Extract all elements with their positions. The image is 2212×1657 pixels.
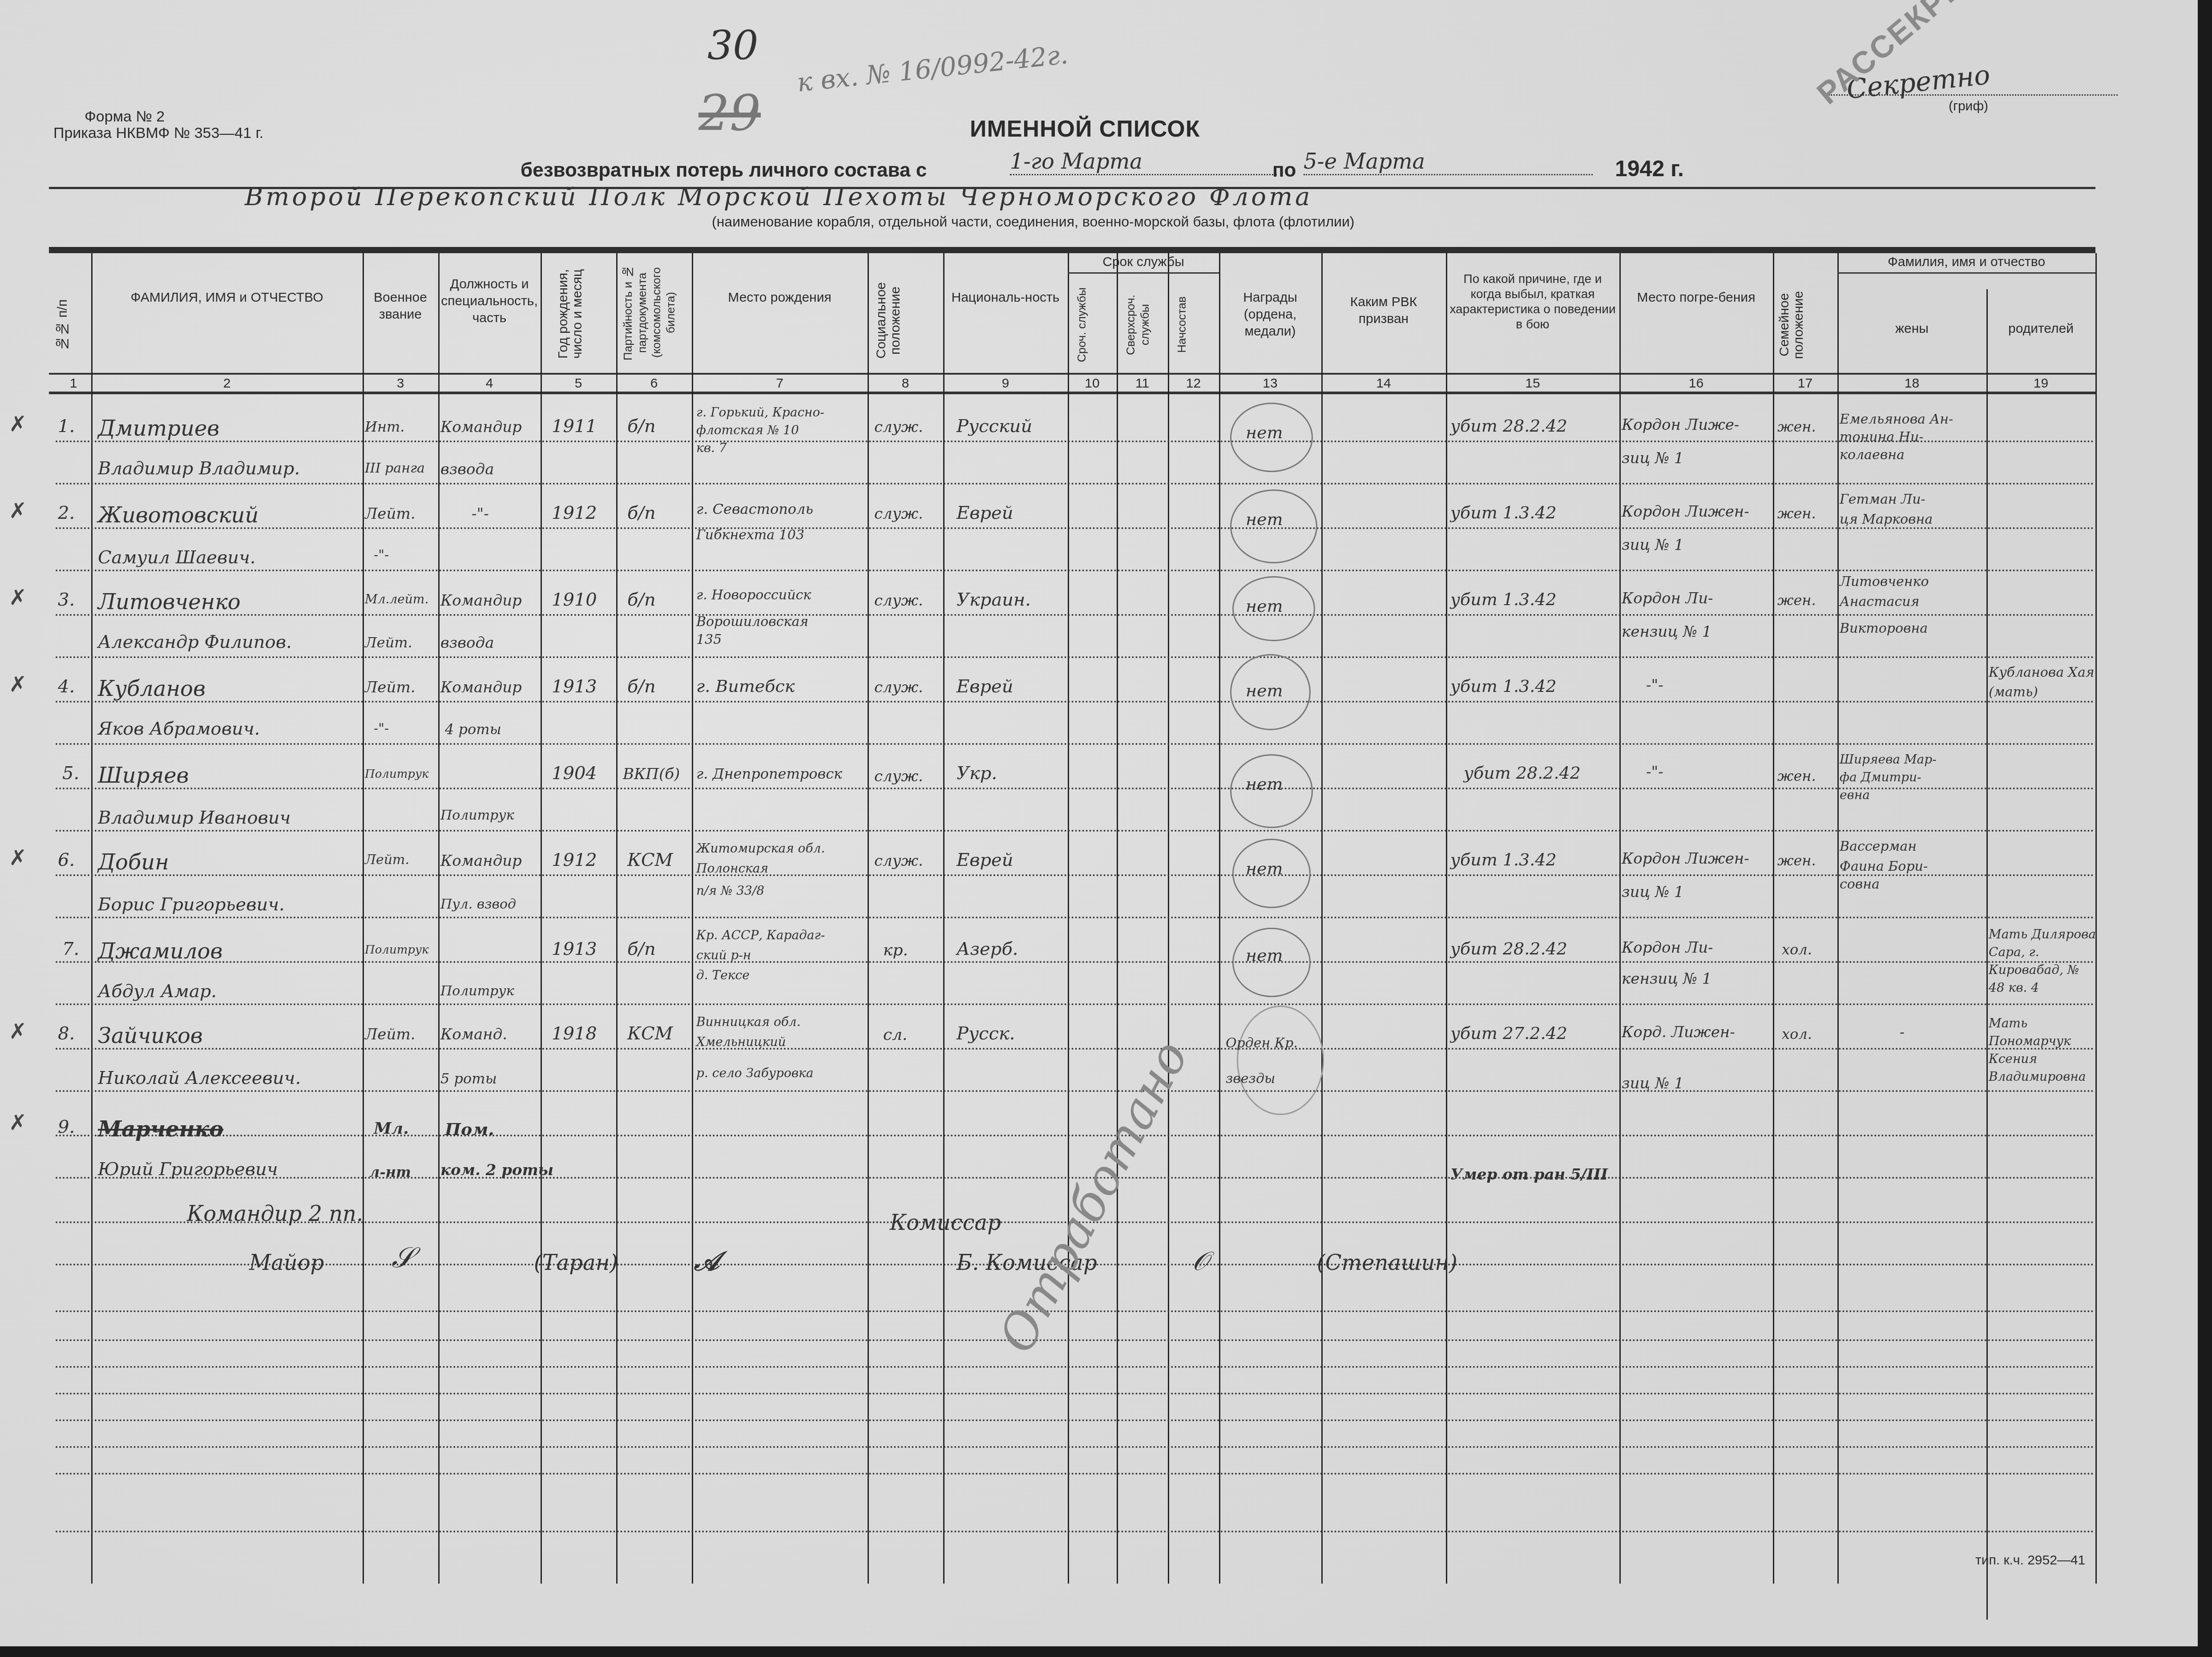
birthplace: Хмельницкий <box>696 1035 786 1049</box>
table-top-rule <box>49 247 2095 253</box>
row-number: 7. <box>62 939 79 959</box>
col-number: 14 <box>1321 376 1446 391</box>
column-divider <box>1773 253 1774 1584</box>
form-number: Форма № 2 <box>85 107 165 126</box>
reason: убит 1.3.42 <box>1450 590 1557 609</box>
col-13-header: Награды (ордена, медали) <box>1221 289 1319 340</box>
birthplace: п/я № 33/8 <box>696 883 764 898</box>
birthplace: д. Тексе <box>696 968 750 982</box>
archive-reference: к вх. № 16/0992-42г. <box>795 39 1070 98</box>
commissar-signature: 𝒪 <box>1192 1246 1209 1277</box>
col-7-header: Место рождения <box>694 289 865 306</box>
family-status: хол. <box>1782 1026 1812 1043</box>
document-title: ИМЕННОЙ СПИСОК <box>970 116 1200 142</box>
col-number: 16 <box>1619 376 1773 391</box>
wife-name: Вассерман <box>1840 839 1917 854</box>
birthplace: г. Днепропетровск <box>696 765 842 782</box>
page-number: 30 <box>707 22 759 69</box>
family-status: жен. <box>1777 592 1816 609</box>
column-divider <box>943 253 945 1584</box>
surname: Зайчиков <box>98 1023 203 1048</box>
document-sheet: Форма № 2 Приказа НКВМФ № 353—41 г. 30 к… <box>0 0 2198 1646</box>
awards: нет <box>1246 774 1283 794</box>
col-19-header: родителей <box>1989 320 2093 337</box>
year: 1942 г. <box>1615 156 1684 182</box>
rank: Лейт. <box>365 505 415 523</box>
party: б/п <box>627 503 656 523</box>
post: взвода <box>440 461 494 478</box>
col-11-header: Сверхсроч. службы <box>1123 280 1161 369</box>
post: Пул. взвод <box>440 897 516 912</box>
social-status: служ. <box>874 418 923 436</box>
date-from: 1-го Марта <box>1010 149 1277 175</box>
given-name: Николай Алексеевич. <box>98 1068 301 1088</box>
surname: Джамилов <box>98 939 222 964</box>
rank: Лейт. <box>365 679 415 696</box>
wife-name: Ширяева Мар- <box>1840 752 1937 767</box>
social-status: служ. <box>874 592 923 610</box>
row-number: 9. <box>58 1117 75 1137</box>
family-names-group-header: Фамилия, имя и отчество <box>1837 254 2095 271</box>
given-name: Яков Абрамович. <box>98 719 260 739</box>
col-number: 17 <box>1773 376 1837 391</box>
wife-name: колаевна <box>1840 447 1905 463</box>
col-number: 19 <box>1986 376 2095 391</box>
reason: убит 28.2.42 <box>1464 763 1581 783</box>
row-number: 6. <box>58 850 75 870</box>
family-status: хол. <box>1782 941 1812 958</box>
wife-name: Анастасия <box>1840 594 1920 610</box>
column-divider <box>2095 253 2097 1584</box>
family-status: жен. <box>1777 852 1816 869</box>
commander-rank: Майор <box>249 1250 324 1275</box>
rank: Лейт. <box>365 852 409 868</box>
document-subtitle: безвозвратных потерь личного состава с <box>521 159 927 182</box>
col-number: 8 <box>868 376 943 391</box>
commander-title: Командир 2 пп. <box>187 1201 363 1226</box>
row-number: 8. <box>58 1023 75 1044</box>
col-10-header: Сроч. службы <box>1074 280 1110 369</box>
party: б/п <box>627 676 656 697</box>
col-9-header: Националь-ность <box>945 289 1066 306</box>
wife-name: евна <box>1840 788 1870 802</box>
birthplace: Гибкнехта 103 <box>696 527 804 543</box>
parents-name: Мать Пономарчук Ксения Владимировна <box>1989 1014 2098 1086</box>
col-4-header: Должность и специальность, часть <box>440 276 538 327</box>
burial-place: Кордон Лижен- <box>1622 850 1749 868</box>
birthplace: флотская № 10 <box>696 423 799 437</box>
commander-countersignature: 𝒜 <box>694 1246 719 1277</box>
birthplace: Ворошиловская <box>696 614 808 630</box>
col-number: 12 <box>1168 376 1219 391</box>
given-name: Александр Филипов. <box>98 632 292 652</box>
rank: Лейт. <box>365 1026 415 1043</box>
nationality: Укр. <box>957 763 997 784</box>
surname: Литовченко <box>98 590 241 614</box>
rank: III ранга <box>365 461 425 476</box>
column-divider <box>616 253 618 1584</box>
post: Политрук <box>440 808 514 823</box>
parents-name: Мать Дилярова Сара, г. Кировабад, № 48 к… <box>1989 925 2098 997</box>
birthplace: ский р-н <box>696 948 751 962</box>
given-name: Владимир Владимир. <box>98 458 300 479</box>
nationality: Еврей <box>957 850 1013 870</box>
burial-place: -"- <box>1646 763 1663 781</box>
reason: убит 1.3.42 <box>1450 850 1557 869</box>
header-rule <box>49 373 2095 375</box>
given-name: Абдул Амар. <box>98 981 217 1002</box>
rank: Мл. <box>374 1119 409 1138</box>
row-number: 3. <box>58 590 75 610</box>
col-17-header: Семейное положение <box>1777 280 1833 369</box>
social-status: служ. <box>874 505 923 523</box>
column-divider <box>1168 253 1169 1584</box>
col-number: 18 <box>1837 376 1986 391</box>
col-number: 15 <box>1446 376 1619 391</box>
surname: Ширяев <box>98 763 189 788</box>
post: 4 роты <box>445 721 501 738</box>
social-status: служ. <box>874 679 923 696</box>
col-6-header: Партийность и № партдокумента (комсомоль… <box>621 256 687 369</box>
awards: нет <box>1246 946 1283 965</box>
rank: л-нт <box>369 1164 411 1180</box>
col-number: 2 <box>91 376 363 391</box>
birthplace: г. Горький, Красно- <box>696 405 824 420</box>
reason: убит 1.3.42 <box>1450 676 1557 696</box>
party: б/п <box>627 939 656 959</box>
column-divider <box>438 253 440 1584</box>
post: 5 роты <box>440 1070 497 1087</box>
post: -"- <box>472 505 489 523</box>
burial-place: Кордон Ли- <box>1622 590 1713 607</box>
given-name: Владимир Иванович <box>98 808 291 828</box>
birthplace: Кр. АССР, Карадаг- <box>696 928 825 942</box>
reason: Умер от ран 5/III <box>1450 1166 1608 1184</box>
party: КСМ <box>627 1023 673 1044</box>
classification-caption: (гриф) <box>1949 99 1988 114</box>
surname: Дмитриев <box>98 416 219 441</box>
surname: Животовский <box>98 503 258 528</box>
wife-name: совна <box>1840 877 1880 892</box>
commander-signature: 𝒮 <box>392 1241 414 1274</box>
rank: Инт. <box>365 418 405 435</box>
birthplace: г. Новороссийск <box>696 587 811 603</box>
unit-name: Второй Перекопский Полк Морской Пехоты Ч… <box>245 182 1312 211</box>
column-divider <box>692 253 693 1584</box>
given-name: Самуил Шаевич. <box>98 547 256 568</box>
social-status: кр. <box>883 941 908 959</box>
post: Командир <box>440 852 522 870</box>
parents-name: Кубланова Хая (мать) <box>1989 663 2095 702</box>
col-1-header: №№ п/п <box>56 280 89 369</box>
rank: Мл.лейт. <box>365 592 428 606</box>
birth-year: 1910 <box>552 590 597 610</box>
birthplace: кв. 7 <box>696 441 727 455</box>
col-number: 9 <box>943 376 1068 391</box>
birth-year: 1912 <box>552 850 597 870</box>
party: ВКП(б) <box>623 765 680 783</box>
col-8-header: Социальное положение <box>874 271 936 369</box>
column-number-rule <box>49 392 2095 394</box>
column-divider <box>1117 253 1118 1584</box>
wife-name: Гетман Ли- <box>1840 492 1925 507</box>
awards: нет <box>1246 423 1283 442</box>
commissar-name: (Степашин) <box>1317 1250 1457 1275</box>
party: КСМ <box>627 850 673 870</box>
family-names-rule <box>1837 272 2095 274</box>
col-number: 6 <box>616 376 692 391</box>
row-number: 1. <box>58 416 75 436</box>
column-divider <box>1446 253 1447 1584</box>
awards: нет <box>1246 859 1283 878</box>
nationality: Украин. <box>957 590 1031 610</box>
birthplace: 135 <box>696 632 722 647</box>
family-status: жен. <box>1777 418 1816 435</box>
col-5-header: Год рождения, число и месяц <box>556 258 596 369</box>
column-divider <box>91 253 93 1584</box>
social-status: служ. <box>874 768 923 785</box>
to-word: по <box>1272 159 1296 182</box>
burial-place: зиц № 1 <box>1622 449 1684 467</box>
column-divider <box>1068 253 1069 1584</box>
wife-name: ця Марковна <box>1840 512 1933 527</box>
date-to: 5-е Марта <box>1304 149 1593 175</box>
given-name: Борис Григорьевич. <box>98 894 285 915</box>
service-term-group-header: Срок службы <box>1068 254 1219 271</box>
birthplace: Полонская <box>696 861 768 876</box>
social-status: служ. <box>874 852 923 870</box>
burial-place: Корд. Лижен- <box>1622 1023 1735 1041</box>
col-number: 3 <box>363 376 438 391</box>
col-2-header: ФАМИЛИЯ, ИМЯ и ОТЧЕСТВО <box>96 289 358 306</box>
party: б/п <box>627 416 656 436</box>
col-number: 10 <box>1068 376 1117 391</box>
burial-place: -"- <box>1646 676 1663 694</box>
post: Командир <box>440 418 522 436</box>
row-number: 5. <box>62 763 79 784</box>
form-order: Приказа НКВМФ № 353—41 г. <box>53 125 263 142</box>
rank: -"- <box>374 547 389 563</box>
rank: Политрук <box>365 943 429 957</box>
burial-place: Кордон Лиже- <box>1622 416 1739 434</box>
burial-place: зиц № 1 <box>1622 883 1684 901</box>
burial-place: зиц № 1 <box>1622 536 1684 554</box>
burial-place: кензиц № 1 <box>1622 970 1711 988</box>
column-divider <box>868 253 869 1584</box>
wife-name: Фаина Бори- <box>1840 859 1928 874</box>
burial-place: зиц № 1 <box>1622 1075 1684 1092</box>
birthplace: Житомирская обл. <box>696 841 825 856</box>
reason: убит 28.2.42 <box>1450 416 1567 436</box>
reason: убит 1.3.42 <box>1450 503 1557 522</box>
col-number: 1 <box>56 376 91 391</box>
rank: -"- <box>374 721 389 736</box>
crossed-page-number: 29 <box>698 85 761 141</box>
post: Пом. <box>445 1119 494 1139</box>
col-12-header: Начсостав <box>1175 280 1212 369</box>
post: взвода <box>440 634 494 652</box>
rank: Политрук <box>365 768 429 781</box>
birth-year: 1913 <box>552 676 597 697</box>
surname: Марченко <box>98 1117 223 1142</box>
commander-name: (Таран) <box>534 1250 618 1275</box>
post: Командир <box>440 679 522 696</box>
family-status: жен. <box>1777 768 1816 784</box>
column-divider <box>541 253 542 1584</box>
wife-name: Емельянова Ан- <box>1840 412 1953 427</box>
col-number: 5 <box>541 376 616 391</box>
col-number: 4 <box>438 376 541 391</box>
birth-year: 1918 <box>552 1023 597 1044</box>
awards: Орден Кр. звезды <box>1226 1026 1319 1097</box>
birth-year: 1912 <box>552 503 597 523</box>
post: Политрук <box>440 983 514 999</box>
birthplace: г. Витебск <box>696 676 795 696</box>
column-divider <box>1219 253 1220 1584</box>
col-3-header: Военное звание <box>365 289 436 323</box>
family-status: жен. <box>1777 505 1816 522</box>
nationality: Азерб. <box>957 939 1018 959</box>
col-number: 7 <box>692 376 868 391</box>
nationality: Еврей <box>957 503 1013 523</box>
column-divider <box>1321 253 1323 1584</box>
birth-year: 1904 <box>552 763 597 784</box>
commissar-title: Комиссар <box>890 1210 1001 1235</box>
awards: нет <box>1246 596 1283 616</box>
col-number: 11 <box>1117 376 1168 391</box>
post: Командир <box>440 592 522 610</box>
post: ком. 2 роты <box>440 1161 553 1179</box>
reason: убит 27.2.42 <box>1450 1023 1567 1043</box>
wife-name: фа Дмитри- <box>1840 770 1921 784</box>
birthplace: Винницкая обл. <box>696 1014 801 1029</box>
row-number: 2. <box>58 503 75 523</box>
given-name: Юрий Григорьевич <box>98 1159 278 1180</box>
wife-name: Викторовна <box>1840 621 1928 636</box>
wife-name: - <box>1900 1023 1905 1040</box>
wife-name: Литовченко <box>1840 574 1929 590</box>
nationality: Русск. <box>957 1023 1015 1044</box>
surname: Добин <box>98 850 169 875</box>
classification-line <box>1829 94 2118 96</box>
burial-place: Кордон Ли- <box>1622 939 1713 957</box>
birth-year: 1913 <box>552 939 597 959</box>
column-divider <box>363 253 364 1584</box>
col-number: 13 <box>1219 376 1321 391</box>
col-18-header: жены <box>1840 320 1984 337</box>
nationality: Русский <box>957 416 1032 436</box>
column-divider <box>1619 253 1621 1584</box>
col-14-header: Каким РВК призван <box>1324 294 1444 327</box>
column-divider <box>1837 253 1839 1584</box>
col-15-header: По какой причине, где и когда выбыл, кра… <box>1448 271 1617 332</box>
wife-name: тонина Ни- <box>1840 429 1923 445</box>
reason: убит 28.2.42 <box>1450 939 1567 958</box>
birthplace: г. Севастополь <box>696 501 813 517</box>
birth-year: 1911 <box>552 416 597 436</box>
birthplace: р. село Забуровка <box>696 1066 814 1080</box>
service-term-rule <box>1068 272 1219 274</box>
unit-caption: (наименование корабля, отдельной части, … <box>712 214 1355 230</box>
nationality: Еврей <box>957 676 1013 697</box>
social-status: сл. <box>883 1026 908 1044</box>
awards: нет <box>1246 509 1283 529</box>
print-mark: тип. к.ч. 2952—41 <box>1975 1553 2085 1568</box>
awards: нет <box>1246 681 1283 700</box>
row-number: 4. <box>58 676 75 697</box>
burial-place: Кордон Лижен- <box>1622 503 1749 521</box>
burial-place: кензиц № 1 <box>1622 623 1711 641</box>
surname: Кубланов <box>98 676 206 701</box>
rank: Лейт. <box>365 634 412 651</box>
party: б/п <box>627 590 656 610</box>
col-16-header: Место погре-бения <box>1622 289 1771 306</box>
post: Команд. <box>440 1026 507 1043</box>
